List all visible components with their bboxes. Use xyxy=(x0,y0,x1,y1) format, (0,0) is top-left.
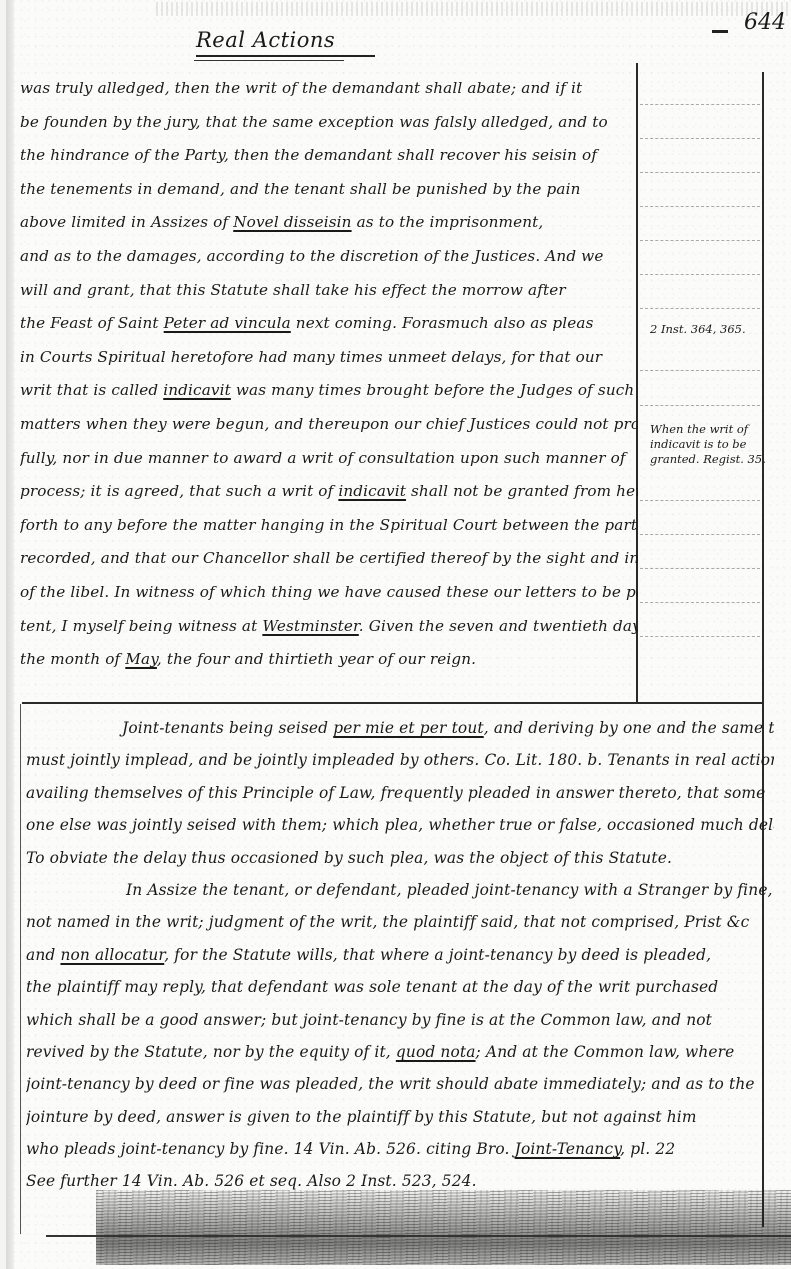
text-line: must jointly implead, and be jointly imp… xyxy=(26,744,774,776)
text-line: the tenements in demand, and the tenant … xyxy=(20,173,638,207)
margin-ruling xyxy=(640,138,760,139)
text-line: of the libel. In witness of which thing … xyxy=(20,576,638,610)
text-line: matters when they were begun, and thereu… xyxy=(20,408,638,442)
text-line: not named in the writ; judgment of the w… xyxy=(26,906,774,938)
text-line: and as to the damages, according to the … xyxy=(20,240,638,274)
page-title: Real Actions xyxy=(196,28,375,57)
margin-ruling xyxy=(640,602,760,603)
text-line: the hindrance of the Party, then the dem… xyxy=(20,139,638,173)
text-line: fully, nor in due manner to award a writ… xyxy=(20,442,638,476)
text-line: revived by the Statute, nor by the equit… xyxy=(26,1036,774,1068)
margin-ruling xyxy=(640,308,760,309)
text-line: the Feast of Saint Peter ad vincula next… xyxy=(20,307,638,341)
text-line: will and grant, that this Statute shall … xyxy=(20,274,638,308)
section-divider xyxy=(22,702,764,704)
text-line: which shall be a good answer; but joint-… xyxy=(26,1004,774,1036)
text-line: recorded, and that our Chancellor shall … xyxy=(20,542,638,576)
margin-ruling xyxy=(640,405,760,406)
text-line: availing themselves of this Principle of… xyxy=(26,777,774,809)
margin-ruling xyxy=(640,274,760,275)
text-line: Joint-tenants being seised per mie et pe… xyxy=(26,712,774,744)
margin-ruling xyxy=(640,206,760,207)
margin-ruling xyxy=(640,568,760,569)
scan-smudge xyxy=(96,1190,791,1265)
margin-ruling xyxy=(640,172,760,173)
margin-ruling xyxy=(640,370,760,371)
text-line: the month of May, the four and thirtieth… xyxy=(20,643,638,677)
statute-text: was truly alledged, then the writ of the… xyxy=(20,72,638,677)
margin-ruling xyxy=(640,500,760,501)
margin-note-indicavit: When the writ of indicavit is to be gran… xyxy=(650,422,768,467)
lower-rule-left xyxy=(20,704,21,1234)
text-line: and non allocatur, for the Statute wills… xyxy=(26,939,774,971)
text-line: was truly alledged, then the writ of the… xyxy=(20,72,638,106)
text-line: In Assize the tenant, or defendant, plea… xyxy=(26,874,774,906)
page-number: 644 xyxy=(744,10,786,35)
text-line: in Courts Spiritual heretofore had many … xyxy=(20,341,638,375)
bottom-rule xyxy=(46,1235,791,1237)
text-line: who pleads joint-tenancy by fine. 14 Vin… xyxy=(26,1133,774,1165)
margin-ruling xyxy=(640,104,760,105)
text-line: jointure by deed, answer is given to the… xyxy=(26,1101,774,1133)
text-line: joint-tenancy by deed or fine was pleade… xyxy=(26,1068,774,1100)
commentary-text: Joint-tenants being seised per mie et pe… xyxy=(26,712,774,1198)
margin-ruling xyxy=(640,636,760,637)
title-double-underline xyxy=(194,60,344,61)
page-number-dash xyxy=(712,30,728,33)
page-edge-shadow xyxy=(6,0,14,1269)
margin-citation: 2 Inst. 364, 365. xyxy=(650,322,768,337)
manuscript-page: Real Actions 644 was truly alledged, the… xyxy=(6,0,791,1269)
text-line: above limited in Assizes of Novel dissei… xyxy=(20,206,638,240)
text-line: To obviate the delay thus occasioned by … xyxy=(26,842,774,874)
text-line: be founden by the jury, that the same ex… xyxy=(20,106,638,140)
text-line: one else was jointly seised with them; w… xyxy=(26,809,774,841)
text-line: process; it is agreed, that such a writ … xyxy=(20,475,638,509)
margin-ruling xyxy=(640,240,760,241)
text-line: forth to any before the matter hanging i… xyxy=(20,509,638,543)
text-line: writ that is called indicavit was many t… xyxy=(20,374,638,408)
text-line: tent, I myself being witness at Westmins… xyxy=(20,610,638,644)
margin-ruling xyxy=(640,534,760,535)
scan-noise xyxy=(156,2,791,16)
text-line: the plaintiff may reply, that defendant … xyxy=(26,971,774,1003)
